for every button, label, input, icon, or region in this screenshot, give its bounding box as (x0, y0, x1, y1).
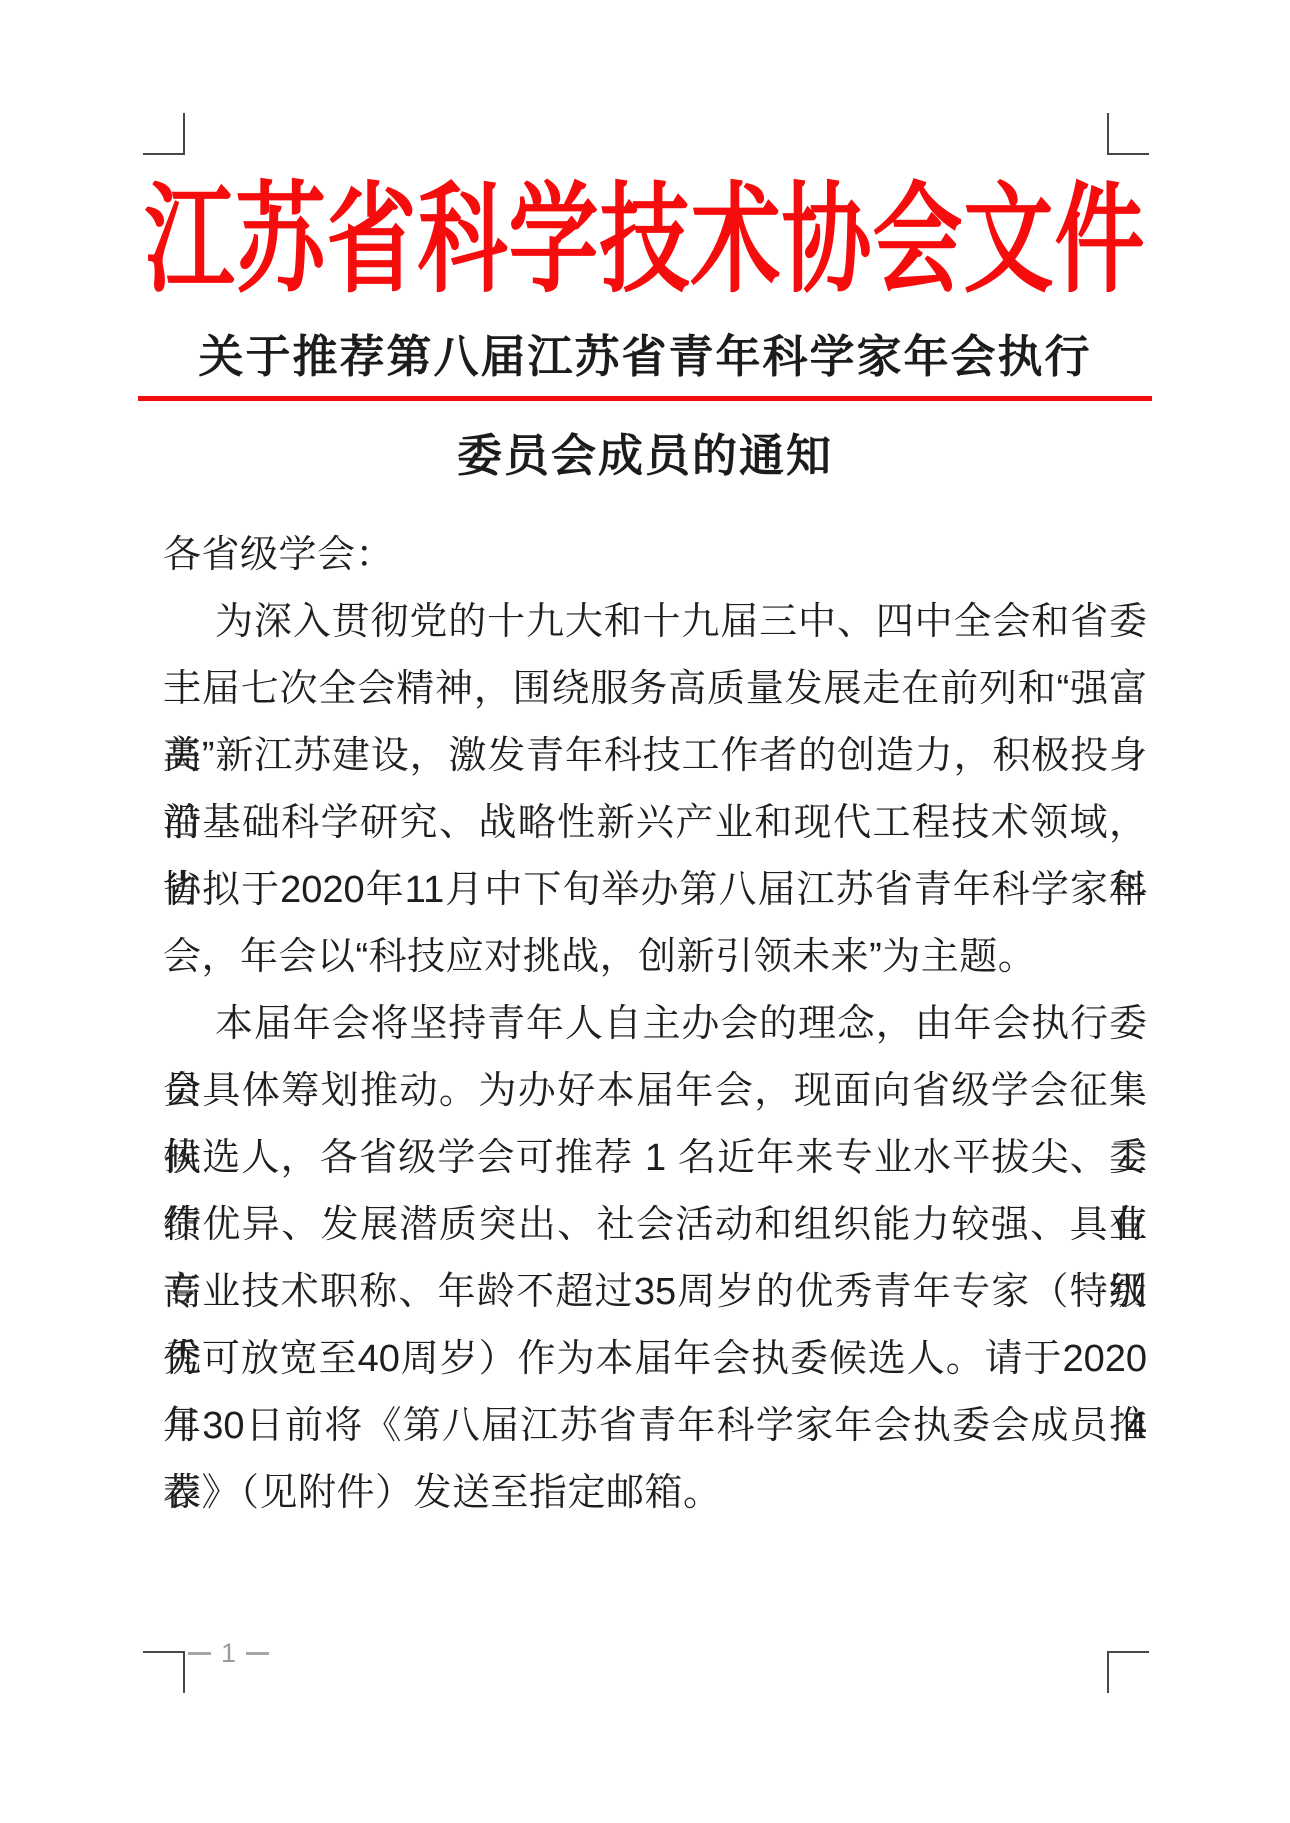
body-line: 绩优异、发展潜质突出、社会活动和组织能力较强、具有高级 (163, 1192, 1147, 1259)
body-line: 会，年会以“科技应对挑战，创新引领未来”为主题。 (163, 924, 1147, 991)
page-number-dash-right (246, 1652, 269, 1655)
document-title-line-1: 关于推荐第八届江苏省青年科学家年会执行 (138, 320, 1152, 401)
body-line: 候选人，各省级学会可推荐 1 名近年来专业水平拔尖、工作业 (163, 1125, 1147, 1192)
body-line: 三届七次全会精神，围绕服务高质量发展走在前列和“强富美 (163, 656, 1147, 723)
body-line: 高”新江苏建设，激发青年科技工作者的创造力，积极投身前 (163, 723, 1147, 790)
org-header-title: 江苏省科学技术协会文件 (140, 135, 1150, 322)
body-line: 为深入贯彻党的十九大和十九届三中、四中全会和省委十 (163, 589, 1147, 656)
body-line-salutation: 各省级学会： (163, 522, 1147, 589)
document-title-line-2: 委员会成员的通知 (138, 419, 1152, 484)
body-line: 月30日前将《第八届江苏省青年科学家年会执委会成员推荐 (163, 1393, 1147, 1460)
body-line: 专业技术职称、年龄不超过35周岁的优秀青年专家（特别优 (163, 1259, 1147, 1326)
body-line: 会具体筹划推动。为办好本届年会，现面向省级学会征集执委 (163, 1058, 1147, 1125)
body-line: 本届年会将坚持青年人自主办会的理念，由年会执行委员 (163, 991, 1147, 1058)
crop-mark-bottom-right (1107, 1651, 1149, 1693)
body-line: 表》（见附件）发送至指定邮箱。 (163, 1460, 1147, 1527)
document-body: 各省级学会： 为深入贯彻党的十九大和十九届三中、四中全会和省委十 三届七次全会精… (163, 522, 1147, 1527)
body-line: 协拟于2020年11月中下旬举办第八届江苏省青年科学家年 (163, 857, 1147, 924)
page-number-value: 1 (221, 1640, 236, 1667)
document-page: 江苏省科学技术协会文件 关于推荐第八届江苏省青年科学家年会执行 委员会成员的通知… (0, 0, 1290, 1823)
page-number-dash-left (188, 1652, 211, 1655)
body-line: 秀可放宽至40周岁）作为本届年会执委候选人。请于2020年4 (163, 1326, 1147, 1393)
body-line: 沿基础科学研究、战略性新兴产业和现代工程技术领域，省科 (163, 790, 1147, 857)
document-title: 关于推荐第八届江苏省青年科学家年会执行 委员会成员的通知 (138, 320, 1152, 484)
crop-mark-bottom-left (143, 1651, 185, 1693)
page-number: 1 (188, 1636, 269, 1670)
